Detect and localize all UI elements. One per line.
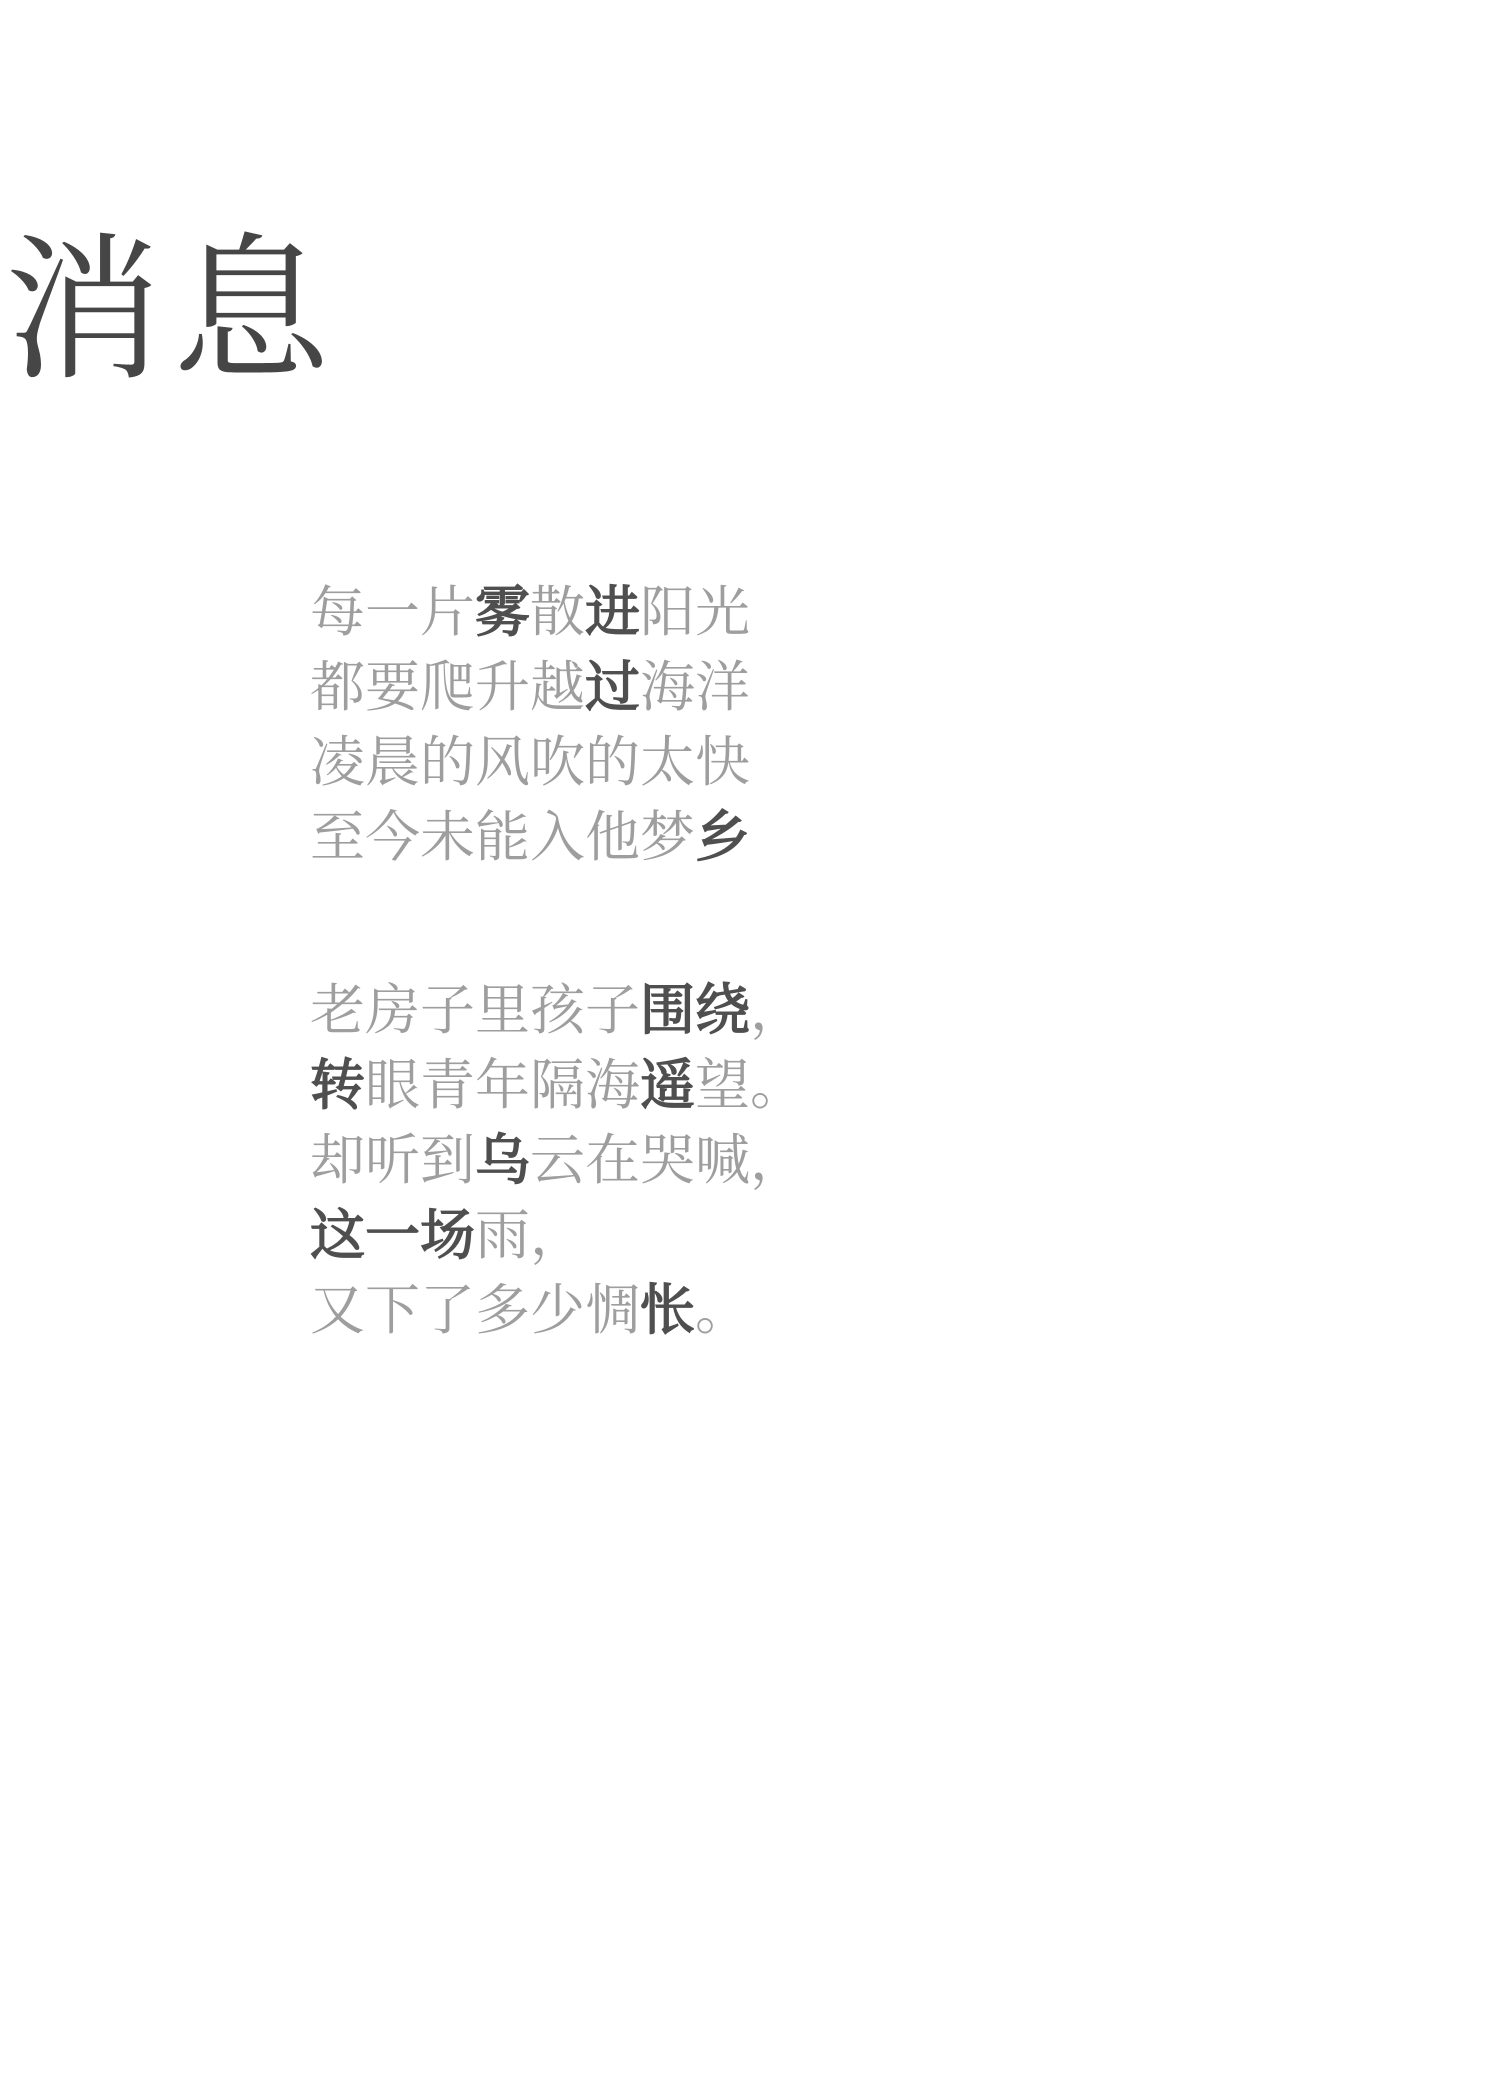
poem-segment: 遥 xyxy=(640,1054,695,1116)
poem-segment: 阳光 xyxy=(640,581,750,643)
poem-segment: 进 xyxy=(585,581,640,643)
poem-segment: 海洋 xyxy=(640,656,750,718)
poem-segment: 却听到 xyxy=(310,1129,475,1191)
poem-segment: 都要爬升越 xyxy=(310,656,585,718)
poem-segment: 至今未能入他梦 xyxy=(310,806,695,868)
poem-segment: 眼青年隔海 xyxy=(365,1054,640,1116)
poem-segment: 过 xyxy=(585,656,640,718)
poem-segment: 望。 xyxy=(695,1054,805,1116)
poem-segment: 这一场 xyxy=(310,1204,475,1266)
poem-stanza-1: 每一片雾散进阳光都要爬升越过海洋凌晨的风吹的太快至今未能入他梦乡 xyxy=(310,575,750,875)
poem-line: 每一片雾散进阳光 xyxy=(310,575,750,650)
poem-segment: 转 xyxy=(310,1054,365,1116)
poem-line: 至今未能入他梦乡 xyxy=(310,800,750,875)
poem-segment: ， xyxy=(750,979,805,1041)
poem-segment: 雨， xyxy=(475,1204,585,1266)
poster-page: 消息 每一片雾散进阳光都要爬升越过海洋凌晨的风吹的太快至今未能入他梦乡 老房子里… xyxy=(0,0,1500,2100)
poem-segment: 每一片 xyxy=(310,581,475,643)
poem-stanza-2: 老房子里孩子围绕，转眼青年隔海遥望。却听到乌云在哭喊，这一场雨，又下了多少惆怅。 xyxy=(310,973,805,1348)
poem-segment: 。 xyxy=(695,1279,750,1341)
poem-segment: 怅 xyxy=(640,1279,695,1341)
poem-segment: 围绕 xyxy=(640,979,750,1041)
poem-line: 凌晨的风吹的太快 xyxy=(310,725,750,800)
poem-segment: 又下了多少惆 xyxy=(310,1279,640,1341)
poem-line: 却听到乌云在哭喊， xyxy=(310,1123,805,1198)
poem-segment: 散 xyxy=(530,581,585,643)
poem-segment: 凌晨的风吹的太快 xyxy=(310,731,750,793)
poem-line: 都要爬升越过海洋 xyxy=(310,650,750,725)
poem-line: 转眼青年隔海遥望。 xyxy=(310,1048,805,1123)
poem-segment: 雾 xyxy=(475,581,530,643)
poem-segment: 乌 xyxy=(475,1129,530,1191)
poem-segment: 云在哭喊， xyxy=(530,1129,805,1191)
poem-segment: 老房子里孩子 xyxy=(310,979,640,1041)
poem-line: 老房子里孩子围绕， xyxy=(310,973,805,1048)
poem-line: 这一场雨， xyxy=(310,1198,805,1273)
page-title: 消息 xyxy=(4,232,340,390)
poem-line: 又下了多少惆怅。 xyxy=(310,1273,805,1348)
poem-segment: 乡 xyxy=(695,806,750,868)
